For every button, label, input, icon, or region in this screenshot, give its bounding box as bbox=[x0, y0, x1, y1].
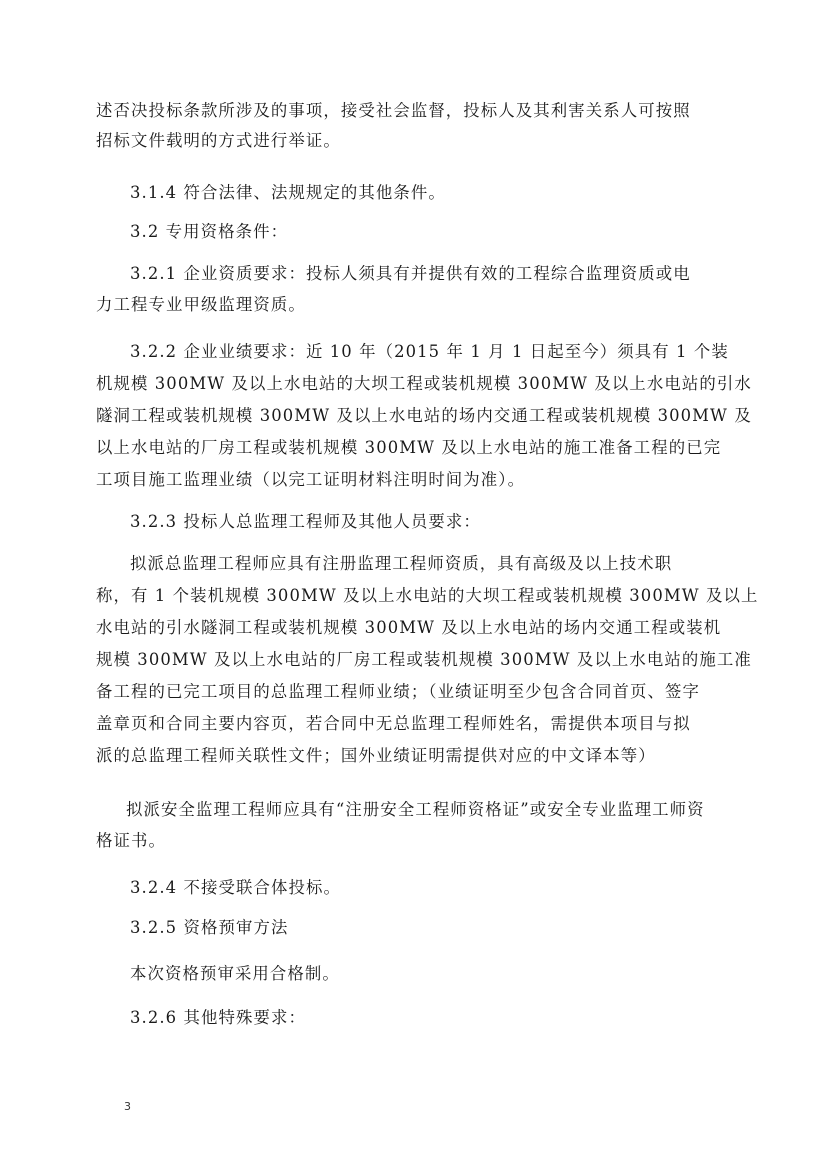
paragraph-line: 盖章页和合同主要内容页，若合同中无总监理工程师姓名，需提供本项目与拟 bbox=[96, 714, 691, 734]
paragraph-line: 以上水电站的厂房工程或装机规模 300MW 及以上水电站的施工准备工程的已完 bbox=[96, 438, 721, 458]
clause-3-2-5: 3.2.5 资格预审方法 bbox=[130, 918, 288, 938]
paragraph-line: 隧洞工程或装机规模 300MW 及以上水电站的场内交通工程或装机规模 300MW… bbox=[96, 406, 752, 426]
clause-3-2-4: 3.2.4 不接受联合体投标。 bbox=[130, 878, 341, 898]
clause-3-2-2: 3.2.2 企业业绩要求：近 10 年（2015 年 1 月 1 日起至今）须具… bbox=[130, 342, 729, 362]
paragraph-line: 招标文件载明的方式进行举证。 bbox=[96, 131, 341, 151]
paragraph-line: 力工程专业甲级监理资质。 bbox=[96, 295, 306, 315]
section-heading-3-2: 3.2 专用资格条件： bbox=[130, 222, 288, 242]
paragraph-line: 述否决投标条款所涉及的事项，接受社会监督，投标人及其利害关系人可按照 bbox=[96, 101, 691, 121]
paragraph-line: 水电站的引水隧洞工程或装机规模 300MW 及以上水电站的场内交通工程或装机 bbox=[96, 618, 721, 638]
paragraph-line: 机规模 300MW 及以上水电站的大坝工程或装机规模 300MW 及以上水电站的… bbox=[96, 374, 752, 394]
clause-3-1-4: 3.1.4 符合法律、法规规定的其他条件。 bbox=[130, 183, 446, 203]
paragraph-chief-engineer: 拟派总监理工程师应具有注册监理工程师资质，具有高级及以上技术职 bbox=[130, 554, 672, 574]
paragraph-line: 称，有 1 个装机规模 300MW 及以上水电站的大坝工程或装机规模 300MW… bbox=[96, 586, 758, 606]
clause-3-2-3: 3.2.3 投标人总监理工程师及其他人员要求： bbox=[130, 512, 481, 532]
paragraph-prequalification-method: 本次资格预审采用合格制。 bbox=[130, 964, 340, 984]
paragraph-line: 派的总监理工程师关联性文件；国外业绩证明需提供对应的中文译本等） bbox=[96, 746, 656, 766]
clause-3-2-6: 3.2.6 其他特殊要求： bbox=[130, 1008, 306, 1028]
paragraph-safety-engineer: 拟派安全监理工程师应具有“注册安全工程师资格证”或安全专业监理工师资 bbox=[126, 800, 705, 820]
paragraph-line: 规模 300MW 及以上水电站的厂房工程或装机规模 300MW 及以上水电站的施… bbox=[96, 650, 752, 670]
clause-3-2-1: 3.2.1 企业资质要求：投标人须具有并提供有效的工程综合监理资质或电 bbox=[130, 264, 691, 284]
paragraph-line: 格证书。 bbox=[96, 831, 166, 851]
paragraph-line: 备工程的已完工项目的总监理工程师业绩；（业绩证明至少包含合同首页、签字 bbox=[96, 682, 700, 702]
page-number: 3 bbox=[124, 1100, 131, 1113]
document-page: 述否决投标条款所涉及的事项，接受社会监督，投标人及其利害关系人可按照 招标文件载… bbox=[0, 0, 827, 1169]
paragraph-line: 工项目施工监理业绩（以完工证明材料注明时间为准）。 bbox=[96, 470, 525, 490]
